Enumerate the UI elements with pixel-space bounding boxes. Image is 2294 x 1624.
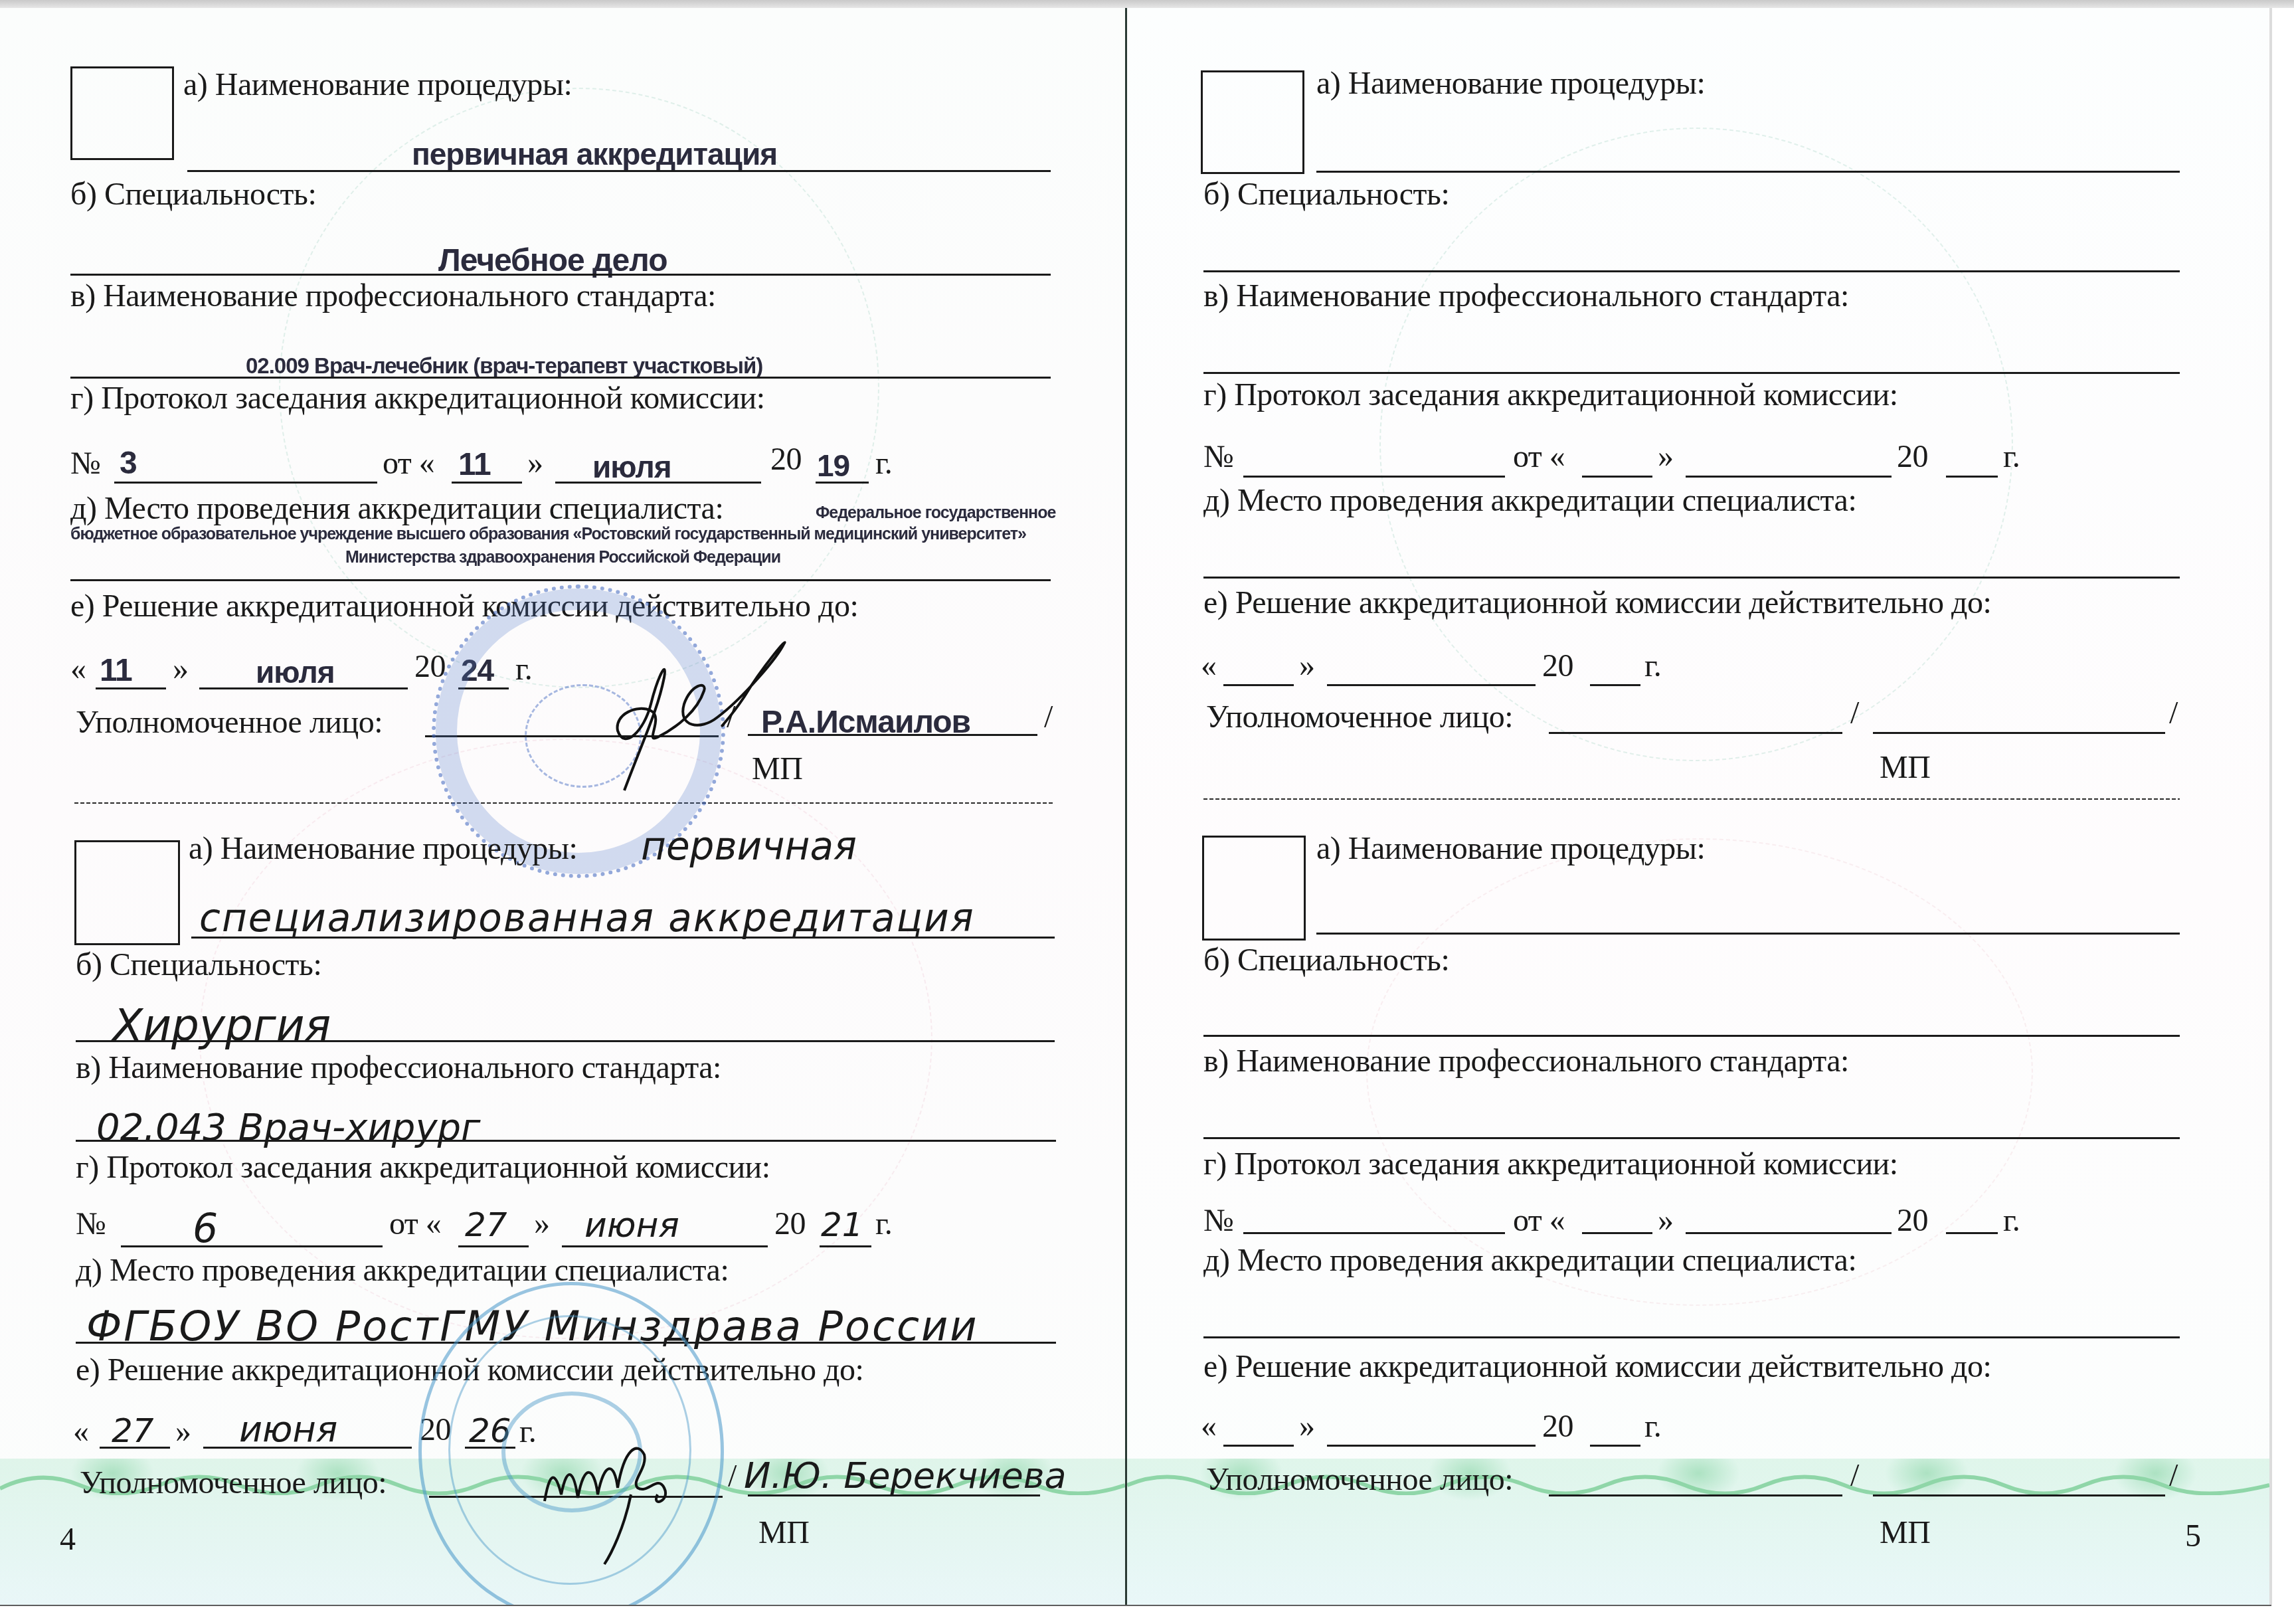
year-prefix: 20: [774, 1206, 806, 1242]
slash: /: [2169, 1457, 2178, 1494]
number-sign: №: [1203, 1202, 1233, 1239]
year-prefix: 20: [1542, 648, 1573, 684]
specialty-label: б) Специальность:: [70, 176, 316, 213]
valid-until-label: е) Решение аккредитационной комиссии дей…: [1203, 585, 1991, 621]
place-label: д) Место проведения аккредитации специал…: [1203, 482, 1856, 519]
protocol-year-line: [820, 1245, 871, 1247]
page-number: 5: [2185, 1518, 2201, 1554]
entry-separator: [1203, 798, 2180, 800]
place-line[interactable]: [1203, 577, 2180, 579]
valid-day-line[interactable]: [1223, 684, 1294, 686]
specialty-line[interactable]: [1203, 1035, 2180, 1037]
seal-mark: МП: [1880, 749, 1930, 786]
entry-checkbox[interactable]: [1202, 836, 1306, 941]
page-number: 4: [60, 1521, 76, 1558]
protocol-month-line[interactable]: [1686, 476, 1892, 478]
standard-value: 02.009 Врач-лечебник (врач-терапевт учас…: [246, 353, 762, 379]
protocol-number-line[interactable]: [1243, 476, 1505, 478]
valid-month: июля: [256, 654, 334, 690]
procedure-line[interactable]: [1316, 933, 2180, 935]
specialty-label: б) Специальность:: [1203, 942, 1449, 978]
place-line: [70, 579, 1051, 581]
from-label: от «: [1513, 1202, 1565, 1239]
place-value-line3: Министерства здравоохранения Российской …: [345, 548, 780, 567]
place-value-line2: бюджетное образовательное учреждение выс…: [70, 525, 1026, 544]
slash: /: [1044, 699, 1053, 735]
quote-open: «: [70, 651, 86, 687]
procedure-value: первичная аккредитация: [412, 136, 777, 172]
authorized-person-label: Уполномоченное лицо:: [1206, 1461, 1513, 1498]
seal-mark: МП: [1880, 1514, 1930, 1551]
standard-label: в) Наименование профессионального станда…: [70, 278, 716, 314]
authorized-name: И.Ю. Берекчиева: [744, 1455, 1067, 1496]
year-suffix: г.: [875, 1206, 892, 1242]
entry-checkbox[interactable]: [70, 66, 174, 160]
year-suffix: г.: [1644, 648, 1661, 684]
standard-line: [76, 1140, 1056, 1142]
protocol-month-line: [555, 482, 761, 484]
protocol-month-line[interactable]: [1686, 1232, 1892, 1234]
slash: /: [2169, 695, 2178, 731]
quote-close: »: [1658, 438, 1674, 475]
protocol-day-line: [458, 1245, 529, 1247]
quote-close: »: [1658, 1202, 1674, 1239]
protocol-label: г) Протокол заседания аккредитационной к…: [1203, 1146, 1898, 1182]
valid-month-line: [199, 687, 408, 689]
protocol-number-line[interactable]: [1243, 1232, 1505, 1234]
seal-mark: МП: [758, 1514, 809, 1551]
standard-label: в) Наименование профессионального станда…: [1203, 1043, 1849, 1079]
quote-open: «: [1201, 1408, 1217, 1445]
valid-day: 27: [112, 1411, 154, 1450]
slash: /: [728, 1458, 737, 1494]
signature-icon: [531, 1421, 704, 1568]
place-label: д) Место проведения аккредитации специал…: [70, 490, 723, 527]
quote-close: »: [175, 1413, 191, 1450]
standard-line: [70, 377, 1051, 379]
standard-line[interactable]: [1203, 1137, 2180, 1139]
procedure-value-line2: специализированная аккредитация: [199, 895, 975, 941]
year-prefix: 20: [770, 441, 802, 478]
signature-line[interactable]: [1549, 1494, 1842, 1496]
quote-open: «: [73, 1413, 89, 1450]
protocol-label: г) Протокол заседания аккредитационной к…: [70, 380, 765, 416]
valid-month: июня: [239, 1408, 337, 1450]
authorized-person-label: Уполномоченное лицо:: [1206, 699, 1513, 735]
protocol-number: 3: [120, 445, 137, 482]
signature-line[interactable]: [1549, 732, 1842, 734]
valid-month-line[interactable]: [1327, 684, 1536, 686]
from-label: от «: [389, 1206, 441, 1242]
procedure-label: а) Наименование процедуры:: [1316, 65, 1705, 102]
specialty-line: [70, 274, 1051, 276]
valid-month-line[interactable]: [1327, 1445, 1536, 1447]
protocol-label: г) Протокол заседания аккредитационной к…: [1203, 377, 1898, 413]
year-suffix: г.: [1644, 1408, 1661, 1445]
protocol-month-line: [562, 1245, 768, 1247]
protocol-day-line[interactable]: [1582, 1232, 1652, 1234]
from-label: от «: [1513, 438, 1565, 475]
year-prefix: 20: [1542, 1408, 1573, 1445]
slash: /: [1850, 1457, 1859, 1494]
place-label: д) Место проведения аккредитации специал…: [1203, 1242, 1856, 1279]
quote-close: »: [1299, 648, 1315, 684]
standard-label: в) Наименование профессионального станда…: [1203, 278, 1849, 314]
entry-checkbox[interactable]: [1201, 70, 1304, 174]
place-label: д) Место проведения аккредитации специал…: [76, 1252, 729, 1289]
valid-day-line: [100, 1447, 170, 1449]
valid-year-line[interactable]: [1590, 1445, 1640, 1447]
procedure-line: [187, 170, 1051, 172]
protocol-year-line[interactable]: [1946, 476, 1998, 478]
protocol-day-line[interactable]: [1582, 476, 1652, 478]
authorized-name-line[interactable]: [1873, 732, 2165, 734]
protocol-number-line: [121, 1245, 383, 1247]
protocol-year-line: [816, 482, 869, 484]
procedure-line[interactable]: [1316, 171, 2180, 173]
valid-day-line: [96, 687, 166, 689]
protocol-day: 27: [465, 1206, 507, 1244]
quote-close: »: [527, 445, 543, 482]
number-sign: №: [1203, 438, 1233, 475]
from-label: от «: [383, 445, 434, 482]
protocol-number-line: [114, 482, 377, 484]
protocol-label: г) Протокол заседания аккредитационной к…: [76, 1149, 770, 1186]
protocol-day: 11: [458, 446, 491, 483]
quote-close: »: [534, 1206, 550, 1242]
year-prefix: 20: [1897, 438, 1928, 475]
page-edge: [2269, 8, 2272, 1605]
number-sign: №: [76, 1206, 106, 1242]
protocol-year: 19: [817, 448, 849, 484]
authorized-name-line[interactable]: [1873, 1494, 2165, 1496]
authorized-person-label: Уполномоченное лицо:: [80, 1465, 387, 1501]
protocol-month: июля: [592, 449, 671, 485]
valid-day-line[interactable]: [1223, 1445, 1294, 1447]
protocol-day-line: [452, 482, 522, 484]
procedure-line: [191, 937, 1055, 939]
valid-year-line[interactable]: [1590, 684, 1640, 686]
protocol-year: 21: [821, 1206, 863, 1244]
quote-close: »: [173, 651, 189, 687]
scan-top-edge: [0, 0, 2294, 8]
standard-label: в) Наименование профессионального станда…: [76, 1049, 721, 1086]
scan-margin: [0, 1606, 2294, 1624]
standard-value: 02.043 Врач-хирург: [96, 1106, 481, 1149]
valid-until-label: е) Решение аккредитационной комиссии дей…: [70, 588, 858, 624]
place-line[interactable]: [1203, 1336, 2180, 1338]
year-suffix: г.: [2003, 438, 2020, 475]
valid-day: 11: [100, 652, 132, 689]
authorized-person-label: Уполномоченное лицо:: [76, 704, 383, 741]
valid-until-label: е) Решение аккредитационной комиссии дей…: [1203, 1348, 1991, 1385]
specialty-line: [76, 1040, 1055, 1042]
number-sign: №: [70, 445, 100, 482]
standard-line[interactable]: [1203, 372, 2180, 374]
procedure-value-line1: первичная: [641, 824, 857, 869]
slash: /: [1850, 695, 1859, 731]
specialty-line[interactable]: [1203, 270, 2180, 272]
authorized-name-line: [748, 1494, 1040, 1496]
specialty-label: б) Специальность:: [76, 947, 321, 983]
quote-close: »: [1299, 1408, 1315, 1445]
year-suffix: г.: [2003, 1202, 2020, 1239]
specialty-label: б) Специальность:: [1203, 176, 1449, 213]
valid-month-line: [203, 1447, 412, 1449]
year-prefix: 20: [1897, 1202, 1928, 1239]
procedure-label: а) Наименование процедуры:: [1316, 830, 1705, 867]
quote-open: «: [1201, 648, 1217, 684]
procedure-label: а) Наименование процедуры:: [183, 66, 572, 103]
place-value-line1: Федеральное государственное: [816, 503, 1055, 523]
signature-icon: [584, 638, 797, 797]
entry-checkbox[interactable]: [74, 840, 180, 945]
specialty-value: Хирургия: [113, 1000, 331, 1051]
procedure-label: а) Наименование процедуры:: [189, 830, 577, 867]
protocol-year-line[interactable]: [1946, 1232, 1998, 1234]
protocol-month: июня: [584, 1206, 679, 1245]
year-suffix: г.: [875, 445, 892, 482]
book-spine: [1125, 8, 1127, 1605]
